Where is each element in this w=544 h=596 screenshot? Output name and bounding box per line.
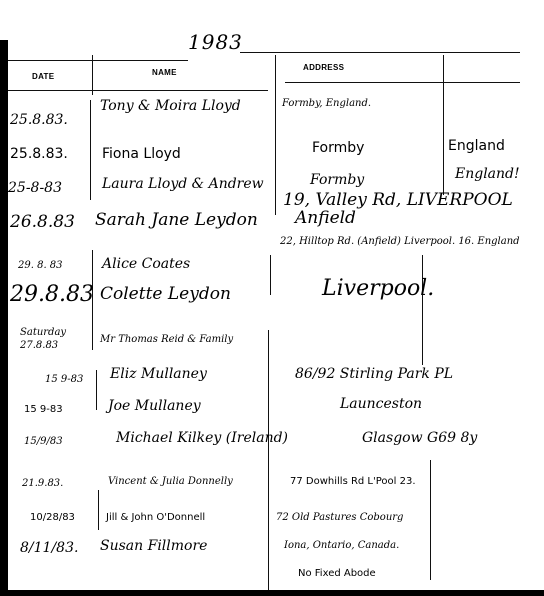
entry-date: 15/9/83 [24,436,63,447]
entry-name: Sarah Jane Leydon [95,210,258,230]
entry-date: 29.8.83 [10,282,94,307]
entry-address: 86/92 Stirling Park PL [295,366,453,382]
entry-date: 25.8.83. [10,112,68,128]
entry-address: Formby [310,172,364,188]
entry-date: 25-8-83 [8,180,62,196]
entry-date: 29. 8. 83 [18,260,63,271]
entry-address: 72 Old Pastures Cobourg [276,512,403,523]
entry-date: 15 9-83 [45,374,83,385]
header-rule-bottom-right [285,82,520,83]
divider-name-address-mid [270,255,271,295]
header-rule-top-right [240,52,520,53]
entry-date: 15 9-83 [24,404,63,415]
entry-address: Anfield [295,208,356,228]
entry-address: Liverpool. [322,276,434,301]
entry-address-line2: 22, Hilltop Rd. (Anfield) Liverpool. 16.… [280,236,520,247]
entry-address: Launceston [340,396,422,412]
entry-name: Michael Kilkey (Ireland) [116,430,288,446]
divider-date-name-upper [90,100,91,200]
year-heading: 1983 [188,30,243,54]
entry-date: Saturday 27.8.83 [20,326,100,352]
header-rule-bottom-left [8,90,268,91]
entry-name: Eliz Mullaney [110,366,207,382]
divider-address-country-lower [430,460,431,580]
entry-name: Vincent & Julia Donnelly [108,476,233,487]
entry-date: 25.8.83. [10,146,68,162]
entry-date: 21.9.83. [22,478,63,489]
entry-country: England [448,138,505,154]
entry-name: Fiona Lloyd [102,146,181,162]
header-rule-top-left [8,60,188,61]
divider-date-name-header [92,55,93,95]
entry-date: 8/11/83. [20,540,78,556]
entry-name: Colette Leydon [100,284,231,304]
entry-name: Mr Thomas Reid & Family [100,334,233,345]
guestbook-page: 1983 DATE NAME ADDRESS 25.8.83. Tony & M… [0,0,544,596]
entry-country: England! [455,166,520,182]
column-header-date: DATE [32,72,54,81]
entry-name: Joe Mullaney [108,398,201,414]
divider-name-address-upper [275,55,276,215]
entry-date: 10/28/83 [30,512,75,523]
divider-address-country-mid [422,255,423,365]
entry-name: Jill & John O'Donnell [106,512,205,523]
entry-name: Laura Lloyd & Andrew [102,176,264,192]
scan-border-bottom [0,590,544,596]
entry-date: 26.8.83 [10,212,75,232]
column-header-address: ADDRESS [303,63,344,72]
entry-address: Glasgow G69 8y [362,430,477,446]
entry-name: Alice Coates [102,256,190,272]
divider-name-address-lower [268,330,269,590]
entry-address: Formby [312,140,364,156]
entry-address: Formby, England. [282,98,371,109]
entry-address-line2: 19, Valley Rd, LIVERPOOL [283,190,513,210]
entry-address: Iona, Ontario, Canada. [284,540,399,551]
divider-date-name-bottom [98,490,99,530]
divider-address-country-upper [443,55,444,195]
entry-name: Susan Fillmore [100,538,207,554]
divider-date-name-lower [96,370,97,410]
entry-address: 77 Dowhills Rd L'Pool 23. [290,476,416,487]
entry-address-line2: No Fixed Abode [298,568,376,579]
scan-border-left [0,40,8,596]
entry-name: Tony & Moira Lloyd [100,98,241,114]
column-header-name: NAME [152,68,177,77]
